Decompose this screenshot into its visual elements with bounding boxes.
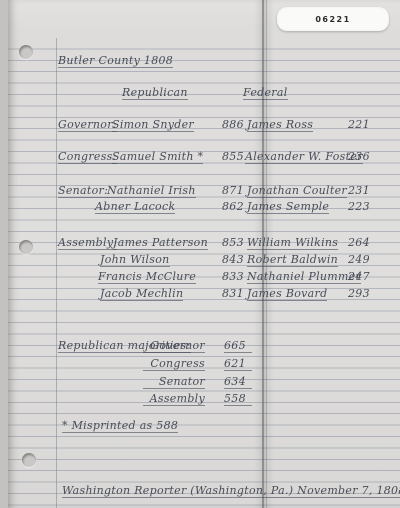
footnote: * Misprinted as 588 [62,419,178,433]
majority-label: Assembly [143,392,205,406]
punch-hole [19,45,33,59]
republican-candidate: Francis McClure [98,270,196,284]
federal-candidate: Nathaniel Plummer [247,270,361,284]
federal-votes: 249 [348,253,376,266]
barcode-sticker: 06221 [277,7,389,31]
sticker-number: 06221 [315,15,350,24]
republican-candidate: Nathaniel Irish [107,184,196,198]
republican-candidate: John Wilson [100,253,170,267]
republican-votes: 853 [222,236,250,249]
column-header-federal: Federal [243,86,288,100]
republican-votes: 871 [222,184,250,197]
republican-candidate: James Patterson [113,236,208,250]
republican-candidate: Samuel Smith * [112,150,203,164]
republican-votes: 886 [222,118,250,131]
margin-line [56,38,57,508]
source-citation: Washington Reporter (Washington, Pa.) No… [62,484,400,498]
majority-label: Congress [143,357,205,371]
federal-candidate: Alexander W. Foster [245,150,363,164]
column-header-republican: Republican [122,86,188,100]
scanned-notebook-page: 06221 Butler County 1808 Republican Fede… [0,0,400,508]
republican-votes: 831 [222,287,250,300]
republican-votes: 862 [222,200,250,213]
office-label: Congress: [58,150,117,164]
page-title: Butler County 1808 [58,54,173,68]
majority-value: 558 [224,392,252,406]
republican-candidate: Jacob Mechlin [100,287,183,301]
majority-value: 621 [224,357,252,371]
majority-label: Senator [143,375,205,389]
republican-candidate: Abner Lacock [95,200,175,214]
federal-candidate: William Wilkins [247,236,338,250]
republican-votes: 833 [222,270,250,283]
federal-candidate: James Semple [247,200,329,214]
republican-votes: 843 [222,253,250,266]
federal-votes: 221 [348,118,376,131]
office-label: Governor: [58,118,117,132]
federal-votes: 236 [348,150,376,163]
majority-label: Governor [143,339,205,353]
republican-candidate: Simon Snyder [112,118,194,132]
federal-votes: 223 [348,200,376,213]
majority-value: 665 [224,339,252,353]
federal-votes: 247 [348,270,376,283]
punch-hole [22,453,36,467]
federal-candidate: James Bovard [247,287,327,301]
federal-candidate: James Ross [247,118,313,132]
federal-votes: 264 [348,236,376,249]
office-label: Senator: [58,184,108,198]
federal-candidate: Robert Baldwin [247,253,338,267]
federal-votes: 231 [348,184,376,197]
majority-value: 634 [224,375,252,389]
federal-votes: 293 [348,287,376,300]
federal-candidate: Jonathan Coulter [247,184,347,198]
punch-hole [19,240,33,254]
office-label: Assembly: [58,236,117,250]
